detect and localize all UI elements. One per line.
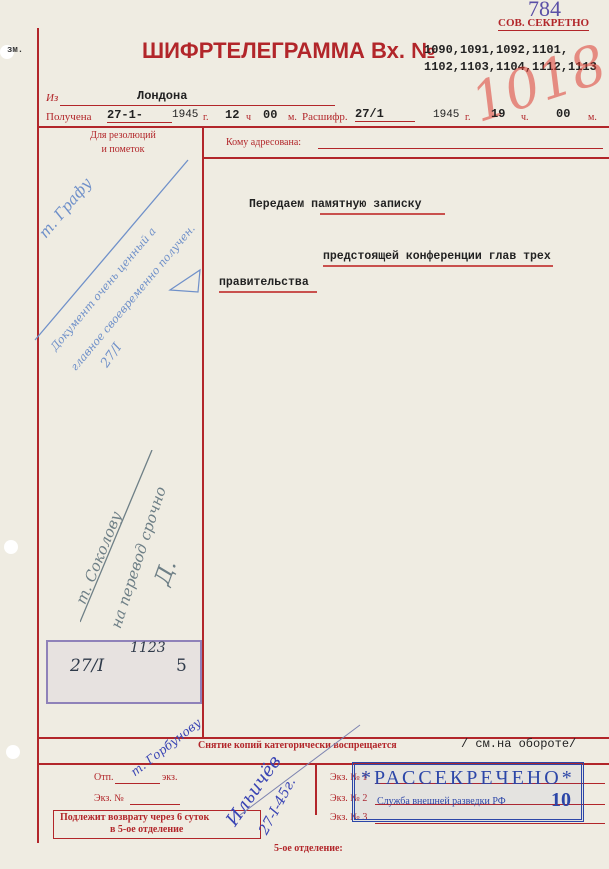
received-minute-suffix: м.: [288, 112, 297, 123]
return-notice-line1: Подлежит возврату через 6 суток: [60, 812, 209, 823]
addressee-underline: [318, 147, 603, 149]
copy-number-label: Экз. №: [94, 793, 124, 804]
printed-suffix: экз.: [162, 772, 177, 783]
punch-hole: [4, 540, 18, 554]
declassified-stamp: *РАССЕКРЕЧЕНО* Служба внешней разведки Р…: [352, 762, 584, 822]
copy-3-underline: [375, 822, 605, 824]
page-title: ШИФРТЕЛЕГРАММА Вх. №: [142, 38, 436, 64]
decoded-label: Расшифр.: [302, 111, 348, 123]
body-line-2-underline: [323, 265, 553, 267]
declassified-title: *РАССЕКРЕЧЕНО*: [361, 767, 575, 790]
addressee-divider: [202, 157, 609, 159]
see-reverse-note: / см.на обороте/: [461, 737, 576, 751]
addressee-label: Кому адресована:: [226, 137, 301, 148]
decoded-year: 1945: [433, 109, 459, 121]
printed-underline: [115, 782, 160, 784]
decoded-year-suffix: г.: [465, 112, 470, 123]
from-underline: [60, 104, 335, 106]
received-label: Получена: [46, 111, 91, 123]
decoded-hour-suffix: ч.: [521, 112, 529, 123]
body-line-1: Передаем памятную записку: [249, 198, 422, 211]
margin-mark: зм.: [7, 45, 23, 55]
stamp-number: 5: [176, 656, 187, 676]
printed-label: Отп.: [94, 772, 113, 783]
stamp-date: 27/I: [70, 656, 104, 676]
received-year: 1945: [172, 109, 198, 121]
decoded-hour: 19: [491, 107, 505, 121]
handwritten-note: т. Горбунову: [128, 716, 204, 779]
body-line-2: предстоящей конференции глав трех: [323, 250, 551, 263]
punch-hole: [6, 745, 20, 759]
body-line-1-underline: [320, 213, 445, 215]
received-minute: 00: [263, 108, 277, 122]
body-line-3-underline: [219, 291, 317, 293]
return-notice-line2: в 5-ое отделение: [110, 824, 183, 835]
received-date: 27-1-: [107, 108, 172, 123]
classification-label: СОВ. СЕКРЕТНО: [498, 17, 589, 31]
received-year-suffix: г.: [203, 112, 208, 123]
declassified-agency: Служба внешней разведки РФ: [377, 796, 506, 807]
received-hour-suffix: ч: [246, 112, 251, 123]
copy-number-underline: [130, 803, 180, 805]
decoded-minute: 00: [556, 107, 570, 121]
stamp-time: 1123: [130, 640, 166, 656]
body-line-3: правительства: [219, 276, 309, 289]
department-label: 5-ое отделение:: [274, 843, 343, 854]
handwritten-strike: [230, 720, 370, 820]
declassified-number: 10: [551, 789, 571, 812]
resolutions-heading-line1: Для резолюций: [78, 130, 168, 141]
from-label: Из: [46, 92, 58, 104]
received-stamp: 27/I 1123 5: [46, 640, 202, 704]
from-value: Лондона: [137, 89, 187, 103]
decoded-minute-suffix: м.: [588, 112, 597, 123]
received-hour: 12: [225, 108, 239, 122]
header-divider: [37, 126, 609, 128]
decoded-date: 27/1: [355, 107, 415, 122]
